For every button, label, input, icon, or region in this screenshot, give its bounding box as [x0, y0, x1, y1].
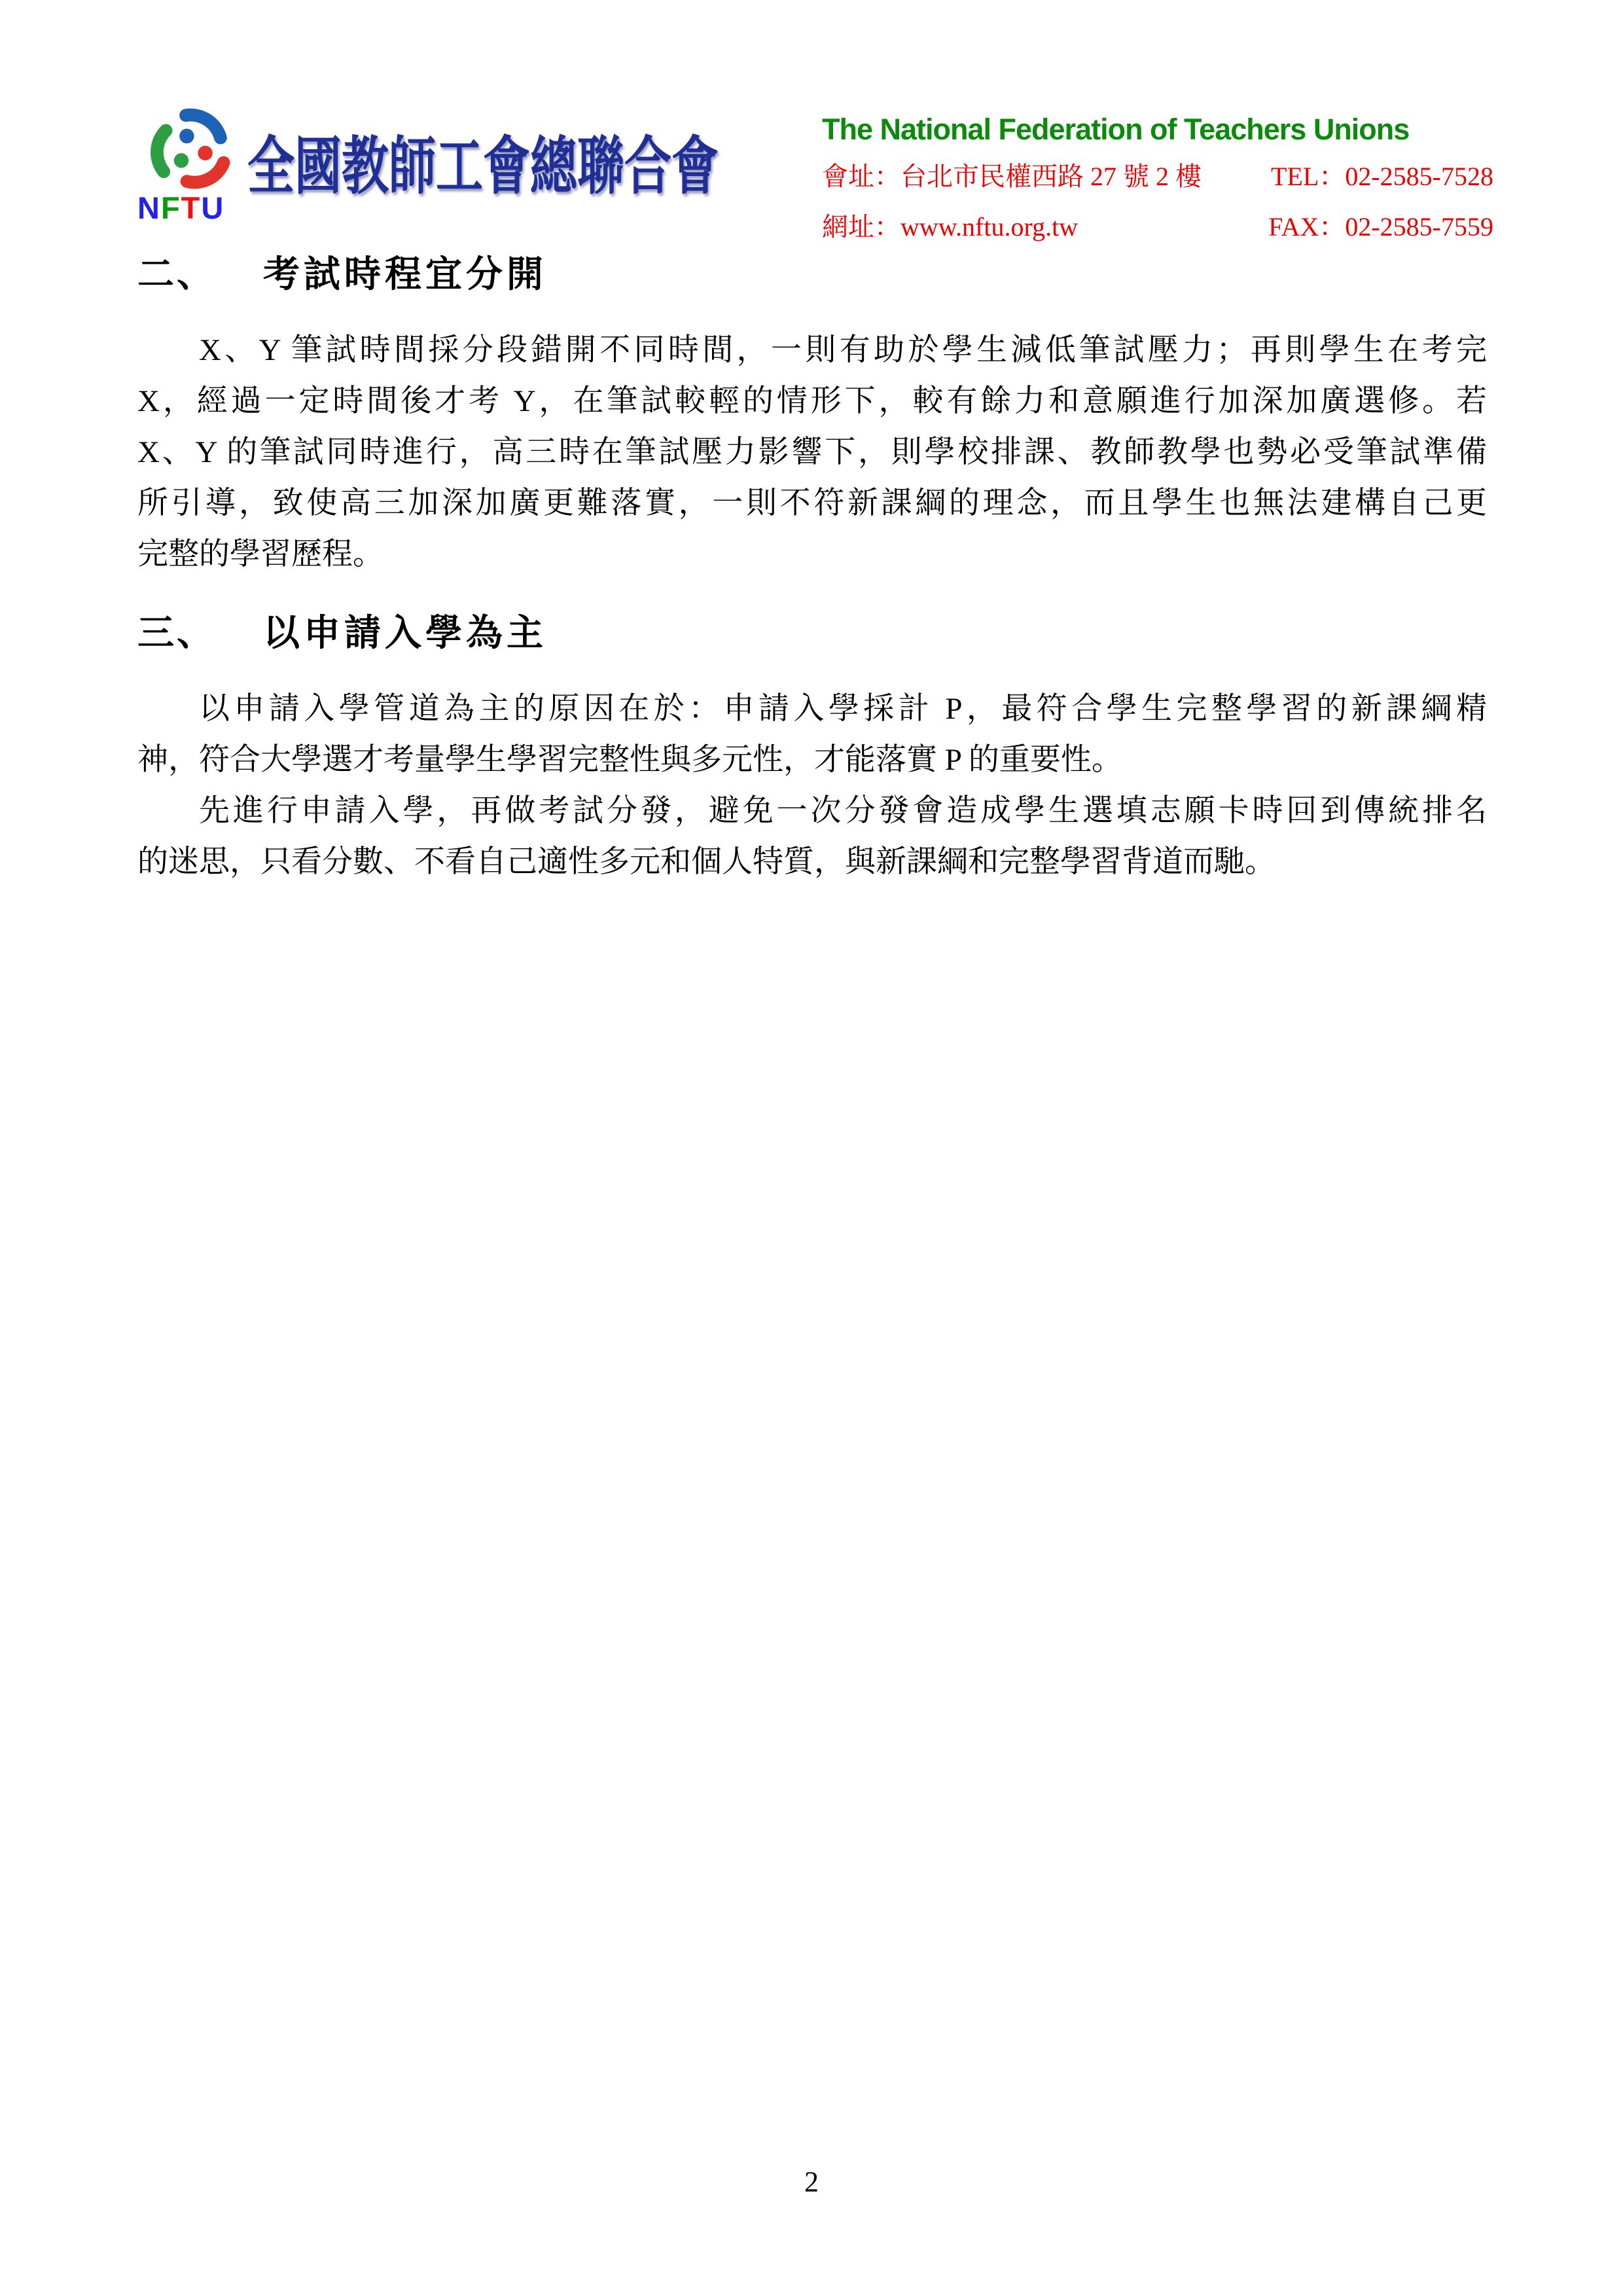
paragraph-line: 的迷思，只看分數、不看自己適性多元和個人特質，與新課綱和完整學習背道而馳。 [137, 836, 1487, 888]
org-name-english: The National Federation of Teachers Unio… [822, 113, 1493, 147]
section-number: 二、 [137, 255, 263, 295]
paragraph: 以申請入學管道為主的原因在於：申請入學採計 P，最符合學生完整學習的新課綱精 神… [137, 683, 1487, 785]
nftu-letter: F [161, 190, 181, 225]
section-number: 三、 [137, 614, 263, 653]
nftu-logo-icon [148, 107, 234, 193]
paragraph-line: 以申請入學管道為主的原因在於：申請入學採計 P，最符合學生完整學習的新課綱精 [137, 683, 1487, 734]
nftu-acronym: NFTU [137, 190, 224, 226]
nftu-letter: T [181, 190, 202, 225]
tel-label: TEL：02-2585-7528 [1271, 156, 1493, 193]
letterhead-contact-block: The National Federation of Teachers Unio… [822, 113, 1493, 243]
paragraph: 先進行申請入學，再做考試分發，避免一次分發會造成學生選填志願卡時回到傳統排名 的… [137, 785, 1487, 888]
org-name-chinese: 全國教師工會總聯合會 [247, 117, 719, 206]
nftu-letter: N [137, 190, 161, 225]
paragraph: X、Y 筆試時間採分段錯開不同時間，一則有助於學生減低筆試壓力；再則學生在考完 … [137, 325, 1487, 580]
contact-row: 會址：台北市民權西路 27 號 2 樓 TEL：02-2585-7528 [822, 156, 1493, 193]
nftu-letter: U [201, 190, 224, 225]
paragraph-line: X，經過一定時間後才考 Y，在筆試較輕的情形下，較有餘力和意願進行加深加廣選修。… [137, 376, 1487, 427]
paragraph-line: 所引導，致使高三加深加廣更難落實，一則不符新課綱的理念，而且學生也無法建構自己更 [137, 478, 1487, 529]
website-label: 網址：www.nftu.org.tw [822, 206, 1078, 243]
paragraph-line: 先進行申請入學，再做考試分發，避免一次分發會造成學生選填志願卡時回到傳統排名 [137, 785, 1487, 836]
section-heading-3: 三、 以申請入學為主 [137, 614, 1487, 653]
section-title: 考試時程宜分開 [263, 255, 547, 295]
paragraph-line: X、Y 的筆試同時進行，高三時在筆試壓力影響下，則學校排課、教師教學也勢必受筆試… [137, 427, 1487, 478]
fax-label: FAX：02-2585-7559 [1268, 206, 1493, 243]
address-label: 會址：台北市民權西路 27 號 2 樓 [822, 156, 1202, 193]
section-heading-2: 二、 考試時程宜分開 [137, 255, 1487, 295]
paragraph-line: 完整的學習歷程。 [137, 529, 1487, 580]
paragraph-line: X、Y 筆試時間採分段錯開不同時間，一則有助於學生減低筆試壓力；再則學生在考完 [137, 325, 1487, 376]
contact-row: 網址：www.nftu.org.tw FAX：02-2585-7559 [822, 206, 1493, 243]
paragraph-line: 神，符合大學選才考量學生學習完整性與多元性，才能落實 P 的重要性。 [137, 734, 1487, 785]
document-page: NFTU 全國教師工會總聯合會 The National Federation … [0, 0, 1623, 2296]
page-number: 2 [0, 2165, 1623, 2198]
section-title: 以申請入學為主 [263, 614, 547, 653]
document-body: 二、 考試時程宜分開 X、Y 筆試時間採分段錯開不同時間，一則有助於學生減低筆試… [137, 255, 1487, 888]
